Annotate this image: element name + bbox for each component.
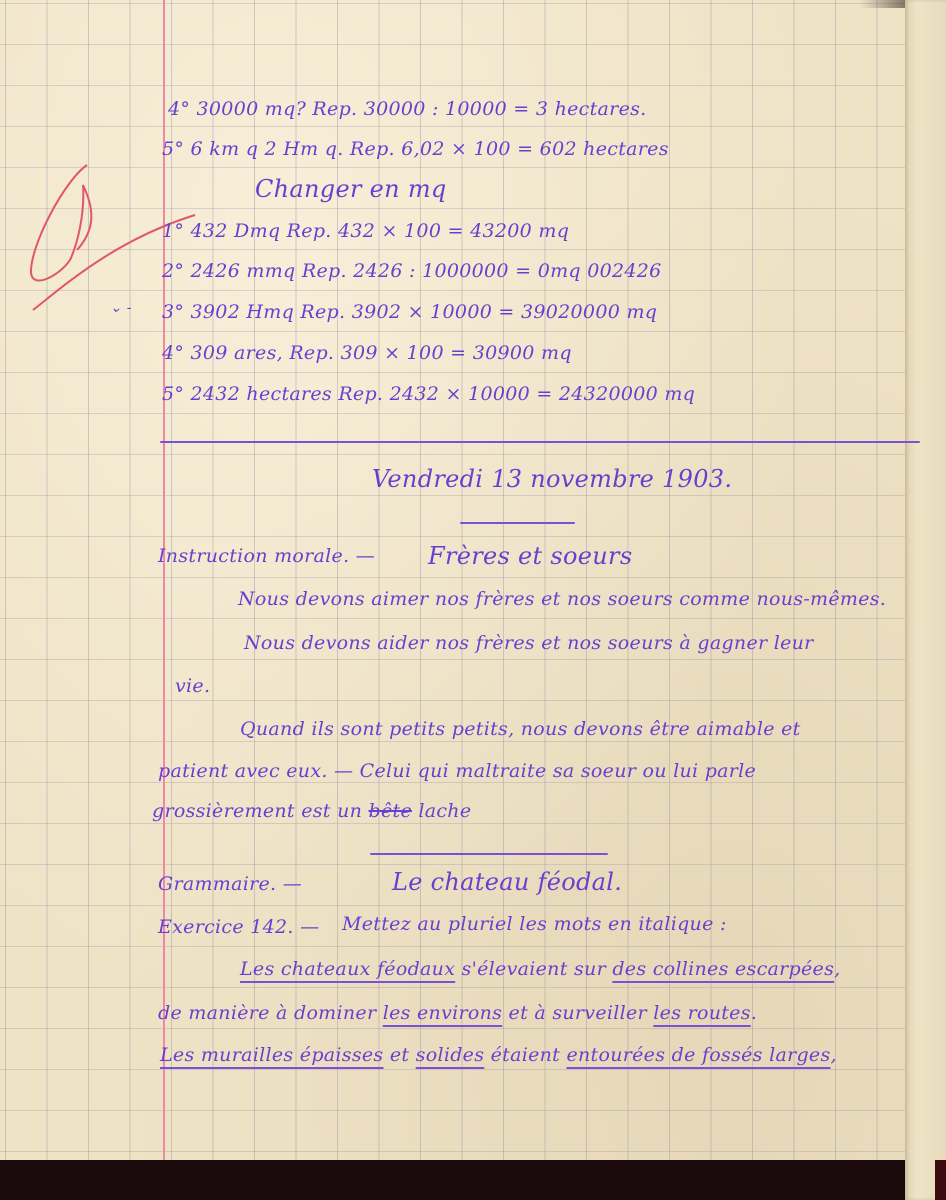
moral-title: Frères et soeurs bbox=[428, 542, 632, 570]
plain-text: . bbox=[751, 1002, 757, 1024]
grammar-line-1: Les chateaux féodaux s'élevaient sur des… bbox=[240, 958, 840, 980]
exercise-instruction: Mettez au pluriel les mots en italique : bbox=[342, 913, 727, 935]
moral-line-3: vie. bbox=[175, 675, 210, 697]
exercise-line-1: 1° 432 Dmq Rep. 432 × 100 = 43200 mq bbox=[162, 220, 569, 242]
grammar-divider bbox=[370, 853, 608, 855]
plain-text: s'élevaient sur bbox=[455, 958, 612, 980]
plain-text: étaient bbox=[484, 1044, 566, 1066]
grammar-title: Le chateau féodal. bbox=[392, 868, 622, 896]
section-divider bbox=[160, 441, 920, 443]
moral-line-5: patient avec eux. — Celui qui maltraite … bbox=[158, 760, 756, 782]
italic-phrase: des collines escarpées bbox=[612, 958, 834, 980]
plain-text: et bbox=[384, 1044, 416, 1066]
moral-last-word: lache bbox=[418, 800, 471, 822]
grammar-line-2: de manière à dominer les environs et à s… bbox=[158, 1002, 757, 1024]
arithmetic-line-5: 5° 6 km q 2 Hm q. Rep. 6,02 × 100 = 602 … bbox=[162, 138, 669, 160]
struck-word: bête bbox=[369, 800, 413, 822]
moral-line-1: Nous devons aimer nos frères et nos soeu… bbox=[238, 588, 886, 610]
plain-text: et à surveiller bbox=[502, 1002, 653, 1024]
italic-phrase: les routes bbox=[653, 1002, 751, 1024]
exercise-label: Exercice 142. — bbox=[158, 916, 319, 938]
page-fold bbox=[905, 0, 946, 1200]
exercise-line-5: 5° 2432 hectares Rep. 2432 × 10000 = 243… bbox=[162, 383, 695, 405]
moral-line-2: Nous devons aider nos frères et nos soeu… bbox=[244, 632, 814, 654]
italic-phrase: les environs bbox=[383, 1002, 503, 1024]
plain-text: , bbox=[834, 958, 840, 980]
italic-phrase: solides bbox=[416, 1044, 485, 1066]
moral-line-6: grossièrement est un bête lache bbox=[152, 800, 471, 822]
grammar-line-3: Les murailles épaisses et solides étaien… bbox=[160, 1044, 837, 1066]
cover-edge bbox=[935, 1160, 946, 1200]
moral-line-6-text: grossièrement est un bbox=[152, 800, 362, 822]
margin-tick: ⌄ - bbox=[110, 300, 132, 316]
date-underline bbox=[460, 522, 575, 524]
plain-text: , bbox=[831, 1044, 837, 1066]
arithmetic-line-4: 4° 30000 mq? Rep. 30000 : 10000 = 3 hect… bbox=[168, 98, 647, 120]
exercise-line-4: 4° 309 ares, Rep. 309 × 100 = 30900 mq bbox=[162, 342, 572, 364]
exercise-line-2: 2° 2426 mmq Rep. 2426 : 1000000 = 0mq 00… bbox=[162, 260, 662, 282]
grammar-label: Grammaire. — bbox=[158, 873, 302, 895]
italic-phrase: entourées de fossés larges bbox=[566, 1044, 830, 1066]
plain-text: de manière à dominer bbox=[158, 1002, 383, 1024]
moral-label: Instruction morale. — bbox=[158, 545, 375, 567]
exercise-line-3: 3° 3902 Hmq Rep. 3902 × 10000 = 39020000… bbox=[162, 301, 657, 323]
moral-line-4: Quand ils sont petits petits, nous devon… bbox=[240, 718, 801, 740]
italic-phrase: Les murailles épaisses bbox=[160, 1044, 384, 1066]
arithmetic-subheading: Changer en mq bbox=[255, 175, 447, 203]
date-heading: Vendredi 13 novembre 1903. bbox=[372, 465, 732, 493]
italic-phrase: Les chateaux féodaux bbox=[240, 958, 455, 980]
